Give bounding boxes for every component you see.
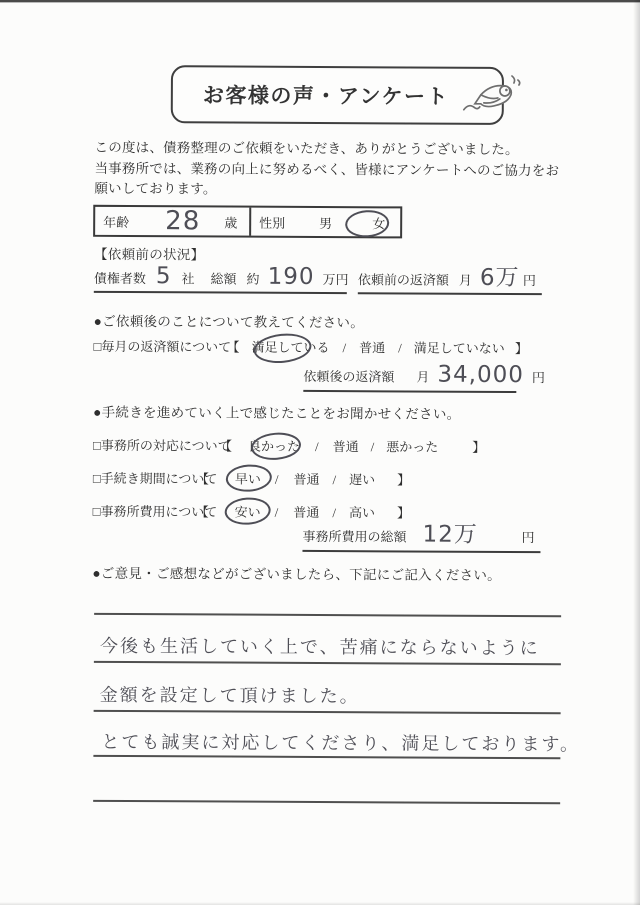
before-repayment-label: 依頼前の返済額 [358,269,449,288]
option-separator: / [275,472,279,488]
option-expensive: 高い [349,502,375,521]
comment-handwritten-line-1: 今後も生活していく上で、苦痛にならないように [100,632,540,660]
creditors-value-handwritten: 5 [156,265,172,288]
question-label: □手続き期間について [93,468,196,488]
comments-heading: ●ご意見・ご感想などがございましたら、下記にご記入ください。 [92,562,501,584]
before-repayment-field: 依頼前の返済額 月 6万 円 [358,266,542,295]
question-label: □事務所の対応について [93,435,219,455]
comment-handwritten-line-2: 金額を設定して頂けました。 [100,681,360,708]
total-prefix: 約 [247,269,260,288]
creditors-unit: 社 [182,268,195,287]
bracket-close: 】 [472,437,485,456]
question-label: □毎月の返済額について [93,336,226,356]
scan-edge-right [633,0,640,905]
option-slow: 遅い [349,469,375,488]
after-repayment-period: 月 [416,367,429,386]
gender-option-male: 男 [319,212,332,231]
bracket-open: 【 [226,337,239,356]
option-separator: / [343,340,347,356]
before-request-heading: 【依頼前の状況】 [94,243,205,264]
after-repayment-value-handwritten: 34,000 [437,364,524,387]
comment-rule-line [94,661,561,665]
before-repayment-period: 月 [459,270,472,289]
option-separator: / [332,472,336,488]
age-value-handwritten: 28 [165,208,200,234]
bracket-close: 】 [397,469,410,488]
before-repayment-unit: 円 [523,270,536,289]
creditors-label: 債権者数 [94,268,146,287]
option-separator: / [398,340,402,356]
page-title: お客様の声・アンケート [203,79,449,110]
option-separator: / [332,505,336,521]
fee-total-label: 事務所費用の総額 [303,526,407,546]
option-separator: / [275,505,279,521]
fee-total-unit: 円 [521,527,534,546]
intro-line-2: 当事務所では、業務の向上に努めるべく、皆様にアンケートへのご協力をお願いしており… [94,160,559,196]
bracket-close: 】 [397,502,410,521]
pencil-doodle-icon [461,70,523,121]
scanned-survey-sheet: お客様の声・アンケート [0,0,640,905]
fee-total-value-handwritten: 12万 [423,524,478,547]
bracket-open: 【 [219,435,232,454]
intro-text: この度は、債務整理のご依頼をいただき、ありがとうございました。 当事務所では、業… [94,138,567,202]
title-box: お客様の声・アンケート [171,65,504,125]
total-value-handwritten: 190 [268,266,315,289]
bracket-close: 】 [515,338,528,357]
bracket-open: 【 [196,501,209,520]
option-bad: 悪かった [386,436,438,455]
gender-label: 性別 [259,212,285,231]
option-normal: 普通 [333,436,359,455]
before-repayment-value-handwritten: 6万 [480,267,520,290]
option-not-satisfied: 満足していない [414,337,505,356]
total-label: 総額 [211,268,237,287]
question-label: □事務所費用について [93,501,196,521]
intro-line-1: この度は、債務整理のご依頼をいただき、ありがとうございました。 [95,140,519,157]
process-heading: ●手続きを進めていく上で感じたことをお聞かせください。 [93,401,460,423]
after-repayment-field: 依頼後の返済額 月 34,000 円 [303,363,516,393]
total-unit: 万円 [322,269,348,288]
scan-edge-top-shadow [0,2,640,3]
after-repayment-label: 依頼後の返済額 [303,366,394,385]
comment-rule-line [94,710,561,714]
age-label: 年齢 [103,211,129,230]
age-cell: 年齢 28 歳 [95,207,251,236]
option-normal: 普通 [359,337,385,356]
bracket-open: 【 [196,468,209,487]
age-unit: 歳 [224,212,237,231]
after-request-heading: ●ご依頼後のことについて教えてください。 [94,310,364,331]
page-content: お客様の声・アンケート [0,0,640,905]
comment-rule-line [94,613,561,617]
option-separator: / [315,439,319,455]
comment-rule-line [93,800,560,804]
after-repayment-unit: 円 [532,367,545,386]
option-separator: / [371,439,375,455]
option-normal: 普通 [293,469,319,488]
creditors-field: 債権者数 5 社 総額 約 190 万円 [94,265,347,294]
comment-handwritten-line-3: とても誠実に対応してくださり、満足しております。 [101,728,580,757]
option-normal: 普通 [293,502,319,521]
fee-total-field: 事務所費用の総額 12万 円 [302,523,540,553]
